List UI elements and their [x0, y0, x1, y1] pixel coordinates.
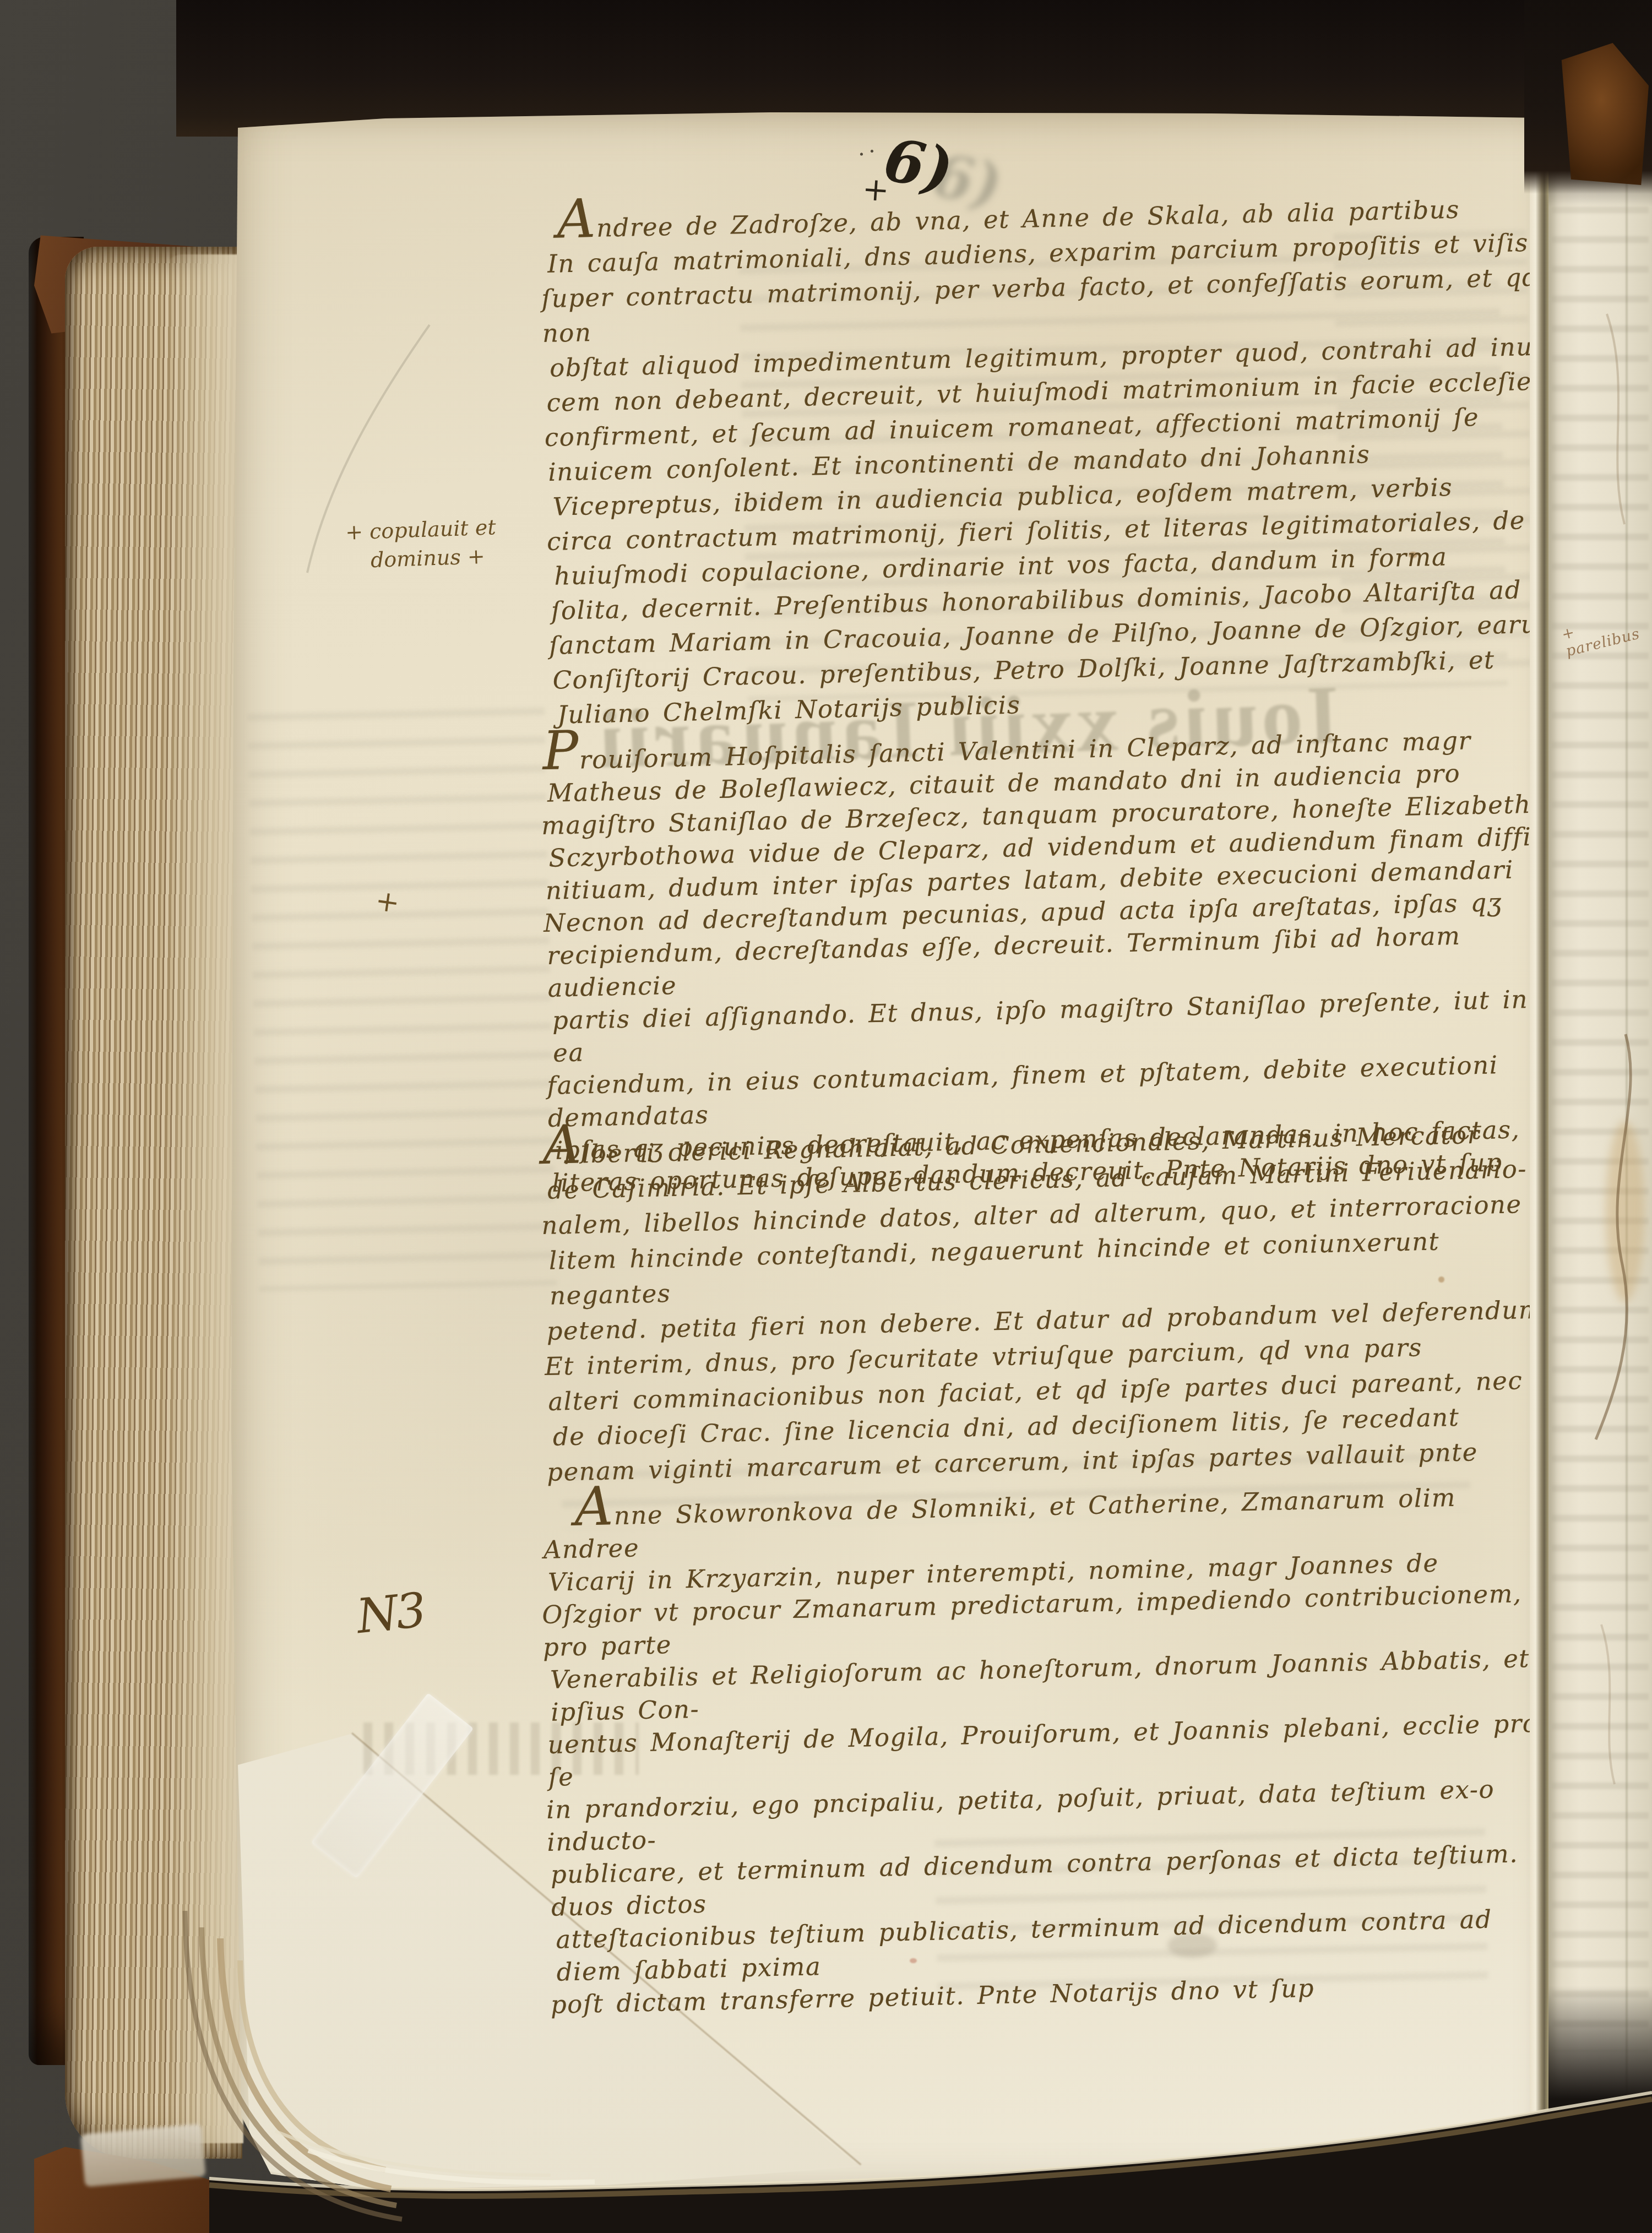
repair-tape-strip: [311, 1693, 474, 1878]
margin-nota-mark: N3: [354, 1583, 427, 1644]
paper-edge-flash: [80, 2124, 206, 2187]
margin-note-copulavit: + copulauit et dominus +: [345, 512, 528, 575]
manuscript-page: Iouis xxiii Ianuarii ·· + 6) + copulauit…: [226, 107, 1547, 2200]
facing-page-stain: [1606, 1121, 1644, 1302]
entry-paragraph-3: Alberti clerici Regnahlaiat, ad Conuenci…: [542, 1116, 1566, 1490]
bleed-through-texture: [247, 707, 557, 1291]
entry-paragraph-4: Anne Skowronkova de Slomniki, et Catheri…: [542, 1479, 1569, 2021]
margin-note-line: dominus +: [370, 540, 529, 574]
margin-cross-mark: +: [373, 884, 402, 920]
manuscript-photo: { "note": "Photograph of an early-modern…: [0, 0, 1652, 2233]
facing-page-bleed-texture: [1552, 207, 1649, 2051]
facing-page-bottom-shadow: [1548, 1985, 1652, 2148]
folio-number: 6): [879, 125, 958, 204]
folio-dots: ··: [855, 137, 883, 167]
page-edge-stack-highlight: [165, 254, 243, 2143]
entry-paragraph-1: Andree de Zadroſze, ab vna, et Anne de S…: [542, 190, 1569, 732]
facing-page-edge: + parelibus: [1548, 113, 1652, 2148]
